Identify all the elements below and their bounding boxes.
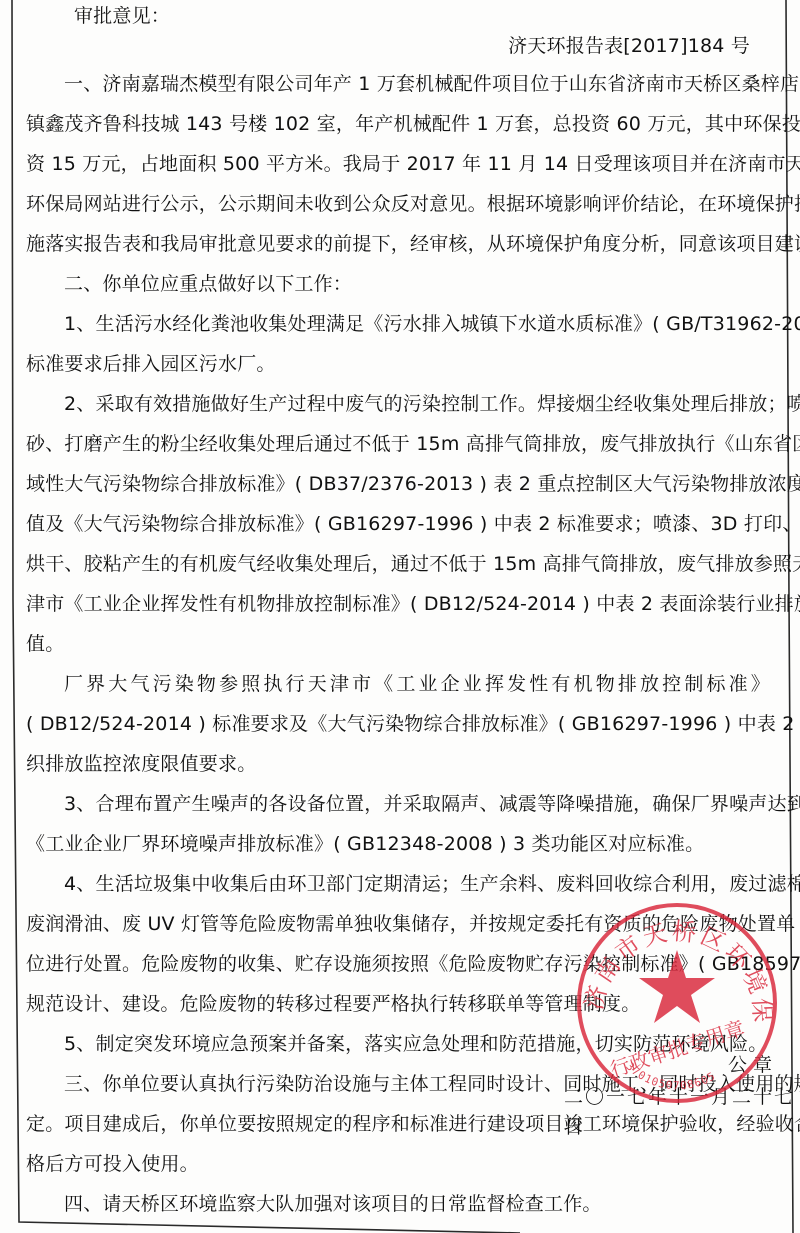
text-line: 值及《大气污染物综合排放标准》( GB16297-1996 ) 中表 2 标准要… <box>26 504 770 544</box>
text-line: 《工业企业厂界环境噪声排放标准》( GB12348-2008 ) 3 类功能区对… <box>26 824 770 864</box>
text-line: 砂、打磨产生的粉尘经收集处理后通过不低于 15m 高排气筒排放，废气排放执行《山… <box>26 424 770 464</box>
document-number: 济天环报告表[2017]184 号 <box>508 31 750 61</box>
text-line: 烘干、胶粘产生的有机废气经收集处理后，通过不低于 15m 高排气筒排放，废气排放… <box>26 544 770 584</box>
paragraph-boundary-air: 厂界大气污染物参照执行天津市《工业企业挥发性有机物排放控制标准》 ( DB12/… <box>26 664 770 784</box>
text-line: 废润滑油、废 UV 灯管等危险废物需单独收集储存，并按规定委托有资质的危险废物处… <box>26 904 770 944</box>
text-line: 标准要求后排入园区污水厂。 <box>26 344 770 384</box>
text-line: 一、济南嘉瑞杰模型有限公司年产 1 万套机械配件项目位于山东省济南市天桥区桑梓店 <box>26 64 770 104</box>
paragraph-exhaust-gas: 2、采取有效措施做好生产过程中废气的污染控制工作。焊接烟尘经收集处理后排放；喷 … <box>26 384 770 664</box>
paragraph-requirements-heading: 二、你单位应重点做好以下工作： <box>26 264 770 304</box>
text-line: 值。 <box>26 624 770 664</box>
text-line: 环保局网站进行公示，公示期间未收到公众反对意见。根据环境影响评价结论，在环境保护… <box>26 184 770 224</box>
paragraph-wastewater: 1、生活污水经化粪池收集处理满足《污水排入城镇下水道水质标准》( GB/T319… <box>26 304 770 384</box>
text-line: 施落实报告表和我局审批意见要求的前提下，经审核，从环境保护角度分析，同意该项目建… <box>26 224 770 264</box>
text-line: 5、制定突发环境应急预案并备案，落实应急处理和防范措施，切实防范环境风险。 <box>26 1024 770 1064</box>
seal-label: 公 章 <box>728 1050 772 1080</box>
text-line: 四、请天桥区环境监察大队加强对该项目的日常监督检查工作。 <box>26 1184 770 1224</box>
text-line: 2、采取有效措施做好生产过程中废气的污染控制工作。焊接烟尘经收集处理后排放；喷 <box>26 384 770 424</box>
text-line: 厂界大气污染物参照执行天津市《工业企业挥发性有机物排放控制标准》 <box>26 664 770 704</box>
text-line: 规范设计、建设。危险废物的转移过程要严格执行转移联单等管理制度。 <box>26 984 770 1024</box>
text-line: 4、生活垃圾集中收集后由环卫部门定期清运；生产余料、废料回收综合利用，废过滤棉、 <box>26 864 770 904</box>
approval-heading: 审批意见： <box>74 1 170 31</box>
text-line: 资 15 万元，占地面积 500 平方米。我局于 2017 年 11 月 14 … <box>26 144 770 184</box>
text-line: 1、生活污水经化粪池收集处理满足《污水排入城镇下水道水质标准》( GB/T319… <box>26 304 770 344</box>
paragraph-supervision: 四、请天桥区环境监察大队加强对该项目的日常监督检查工作。 <box>26 1184 770 1224</box>
text-line: 津市《工业企业挥发性有机物排放控制标准》( DB12/524-2014 ) 中表… <box>26 584 770 624</box>
text-line: 域性大气污染物综合排放标准》( DB37/2376-2013 ) 表 2 重点控… <box>26 464 770 504</box>
paragraph-emergency-plan: 5、制定突发环境应急预案并备案，落实应急处理和防范措施，切实防范环境风险。 <box>26 1024 770 1064</box>
document-body: 一、济南嘉瑞杰模型有限公司年产 1 万套机械配件项目位于山东省济南市天桥区桑梓店… <box>26 64 770 1224</box>
text-line: ( DB12/524-2014 ) 标准要求及《大气污染物综合排放标准》( GB… <box>26 704 770 744</box>
text-line: 织排放监控浓度限值要求。 <box>26 744 770 784</box>
text-line: 3、合理布置产生噪声的各设备位置，并采取隔声、减震等降噪措施，确保厂界噪声达到 <box>26 784 770 824</box>
text-line: 二、你单位应重点做好以下工作： <box>26 264 770 304</box>
paragraph-noise: 3、合理布置产生噪声的各设备位置，并采取隔声、减震等降噪措施，确保厂界噪声达到 … <box>26 784 770 864</box>
text-line: 位进行处置。危险废物的收集、贮存设施须按照《危险废物贮存污染控制标准》( GB1… <box>26 944 770 984</box>
text-line: 格后方可投入使用。 <box>26 1144 770 1184</box>
paragraph-project-overview: 一、济南嘉瑞杰模型有限公司年产 1 万套机械配件项目位于山东省济南市天桥区桑梓店… <box>26 64 770 264</box>
text-line: 镇鑫茂齐鲁科技城 143 号楼 102 室，年产机械配件 1 万套，总投资 60… <box>26 104 770 144</box>
paragraph-solid-waste: 4、生活垃圾集中收集后由环卫部门定期清运；生产余料、废料回收综合利用，废过滤棉、… <box>26 864 770 1024</box>
approval-date: 二〇一七年十一月二十七日 <box>564 1082 800 1142</box>
